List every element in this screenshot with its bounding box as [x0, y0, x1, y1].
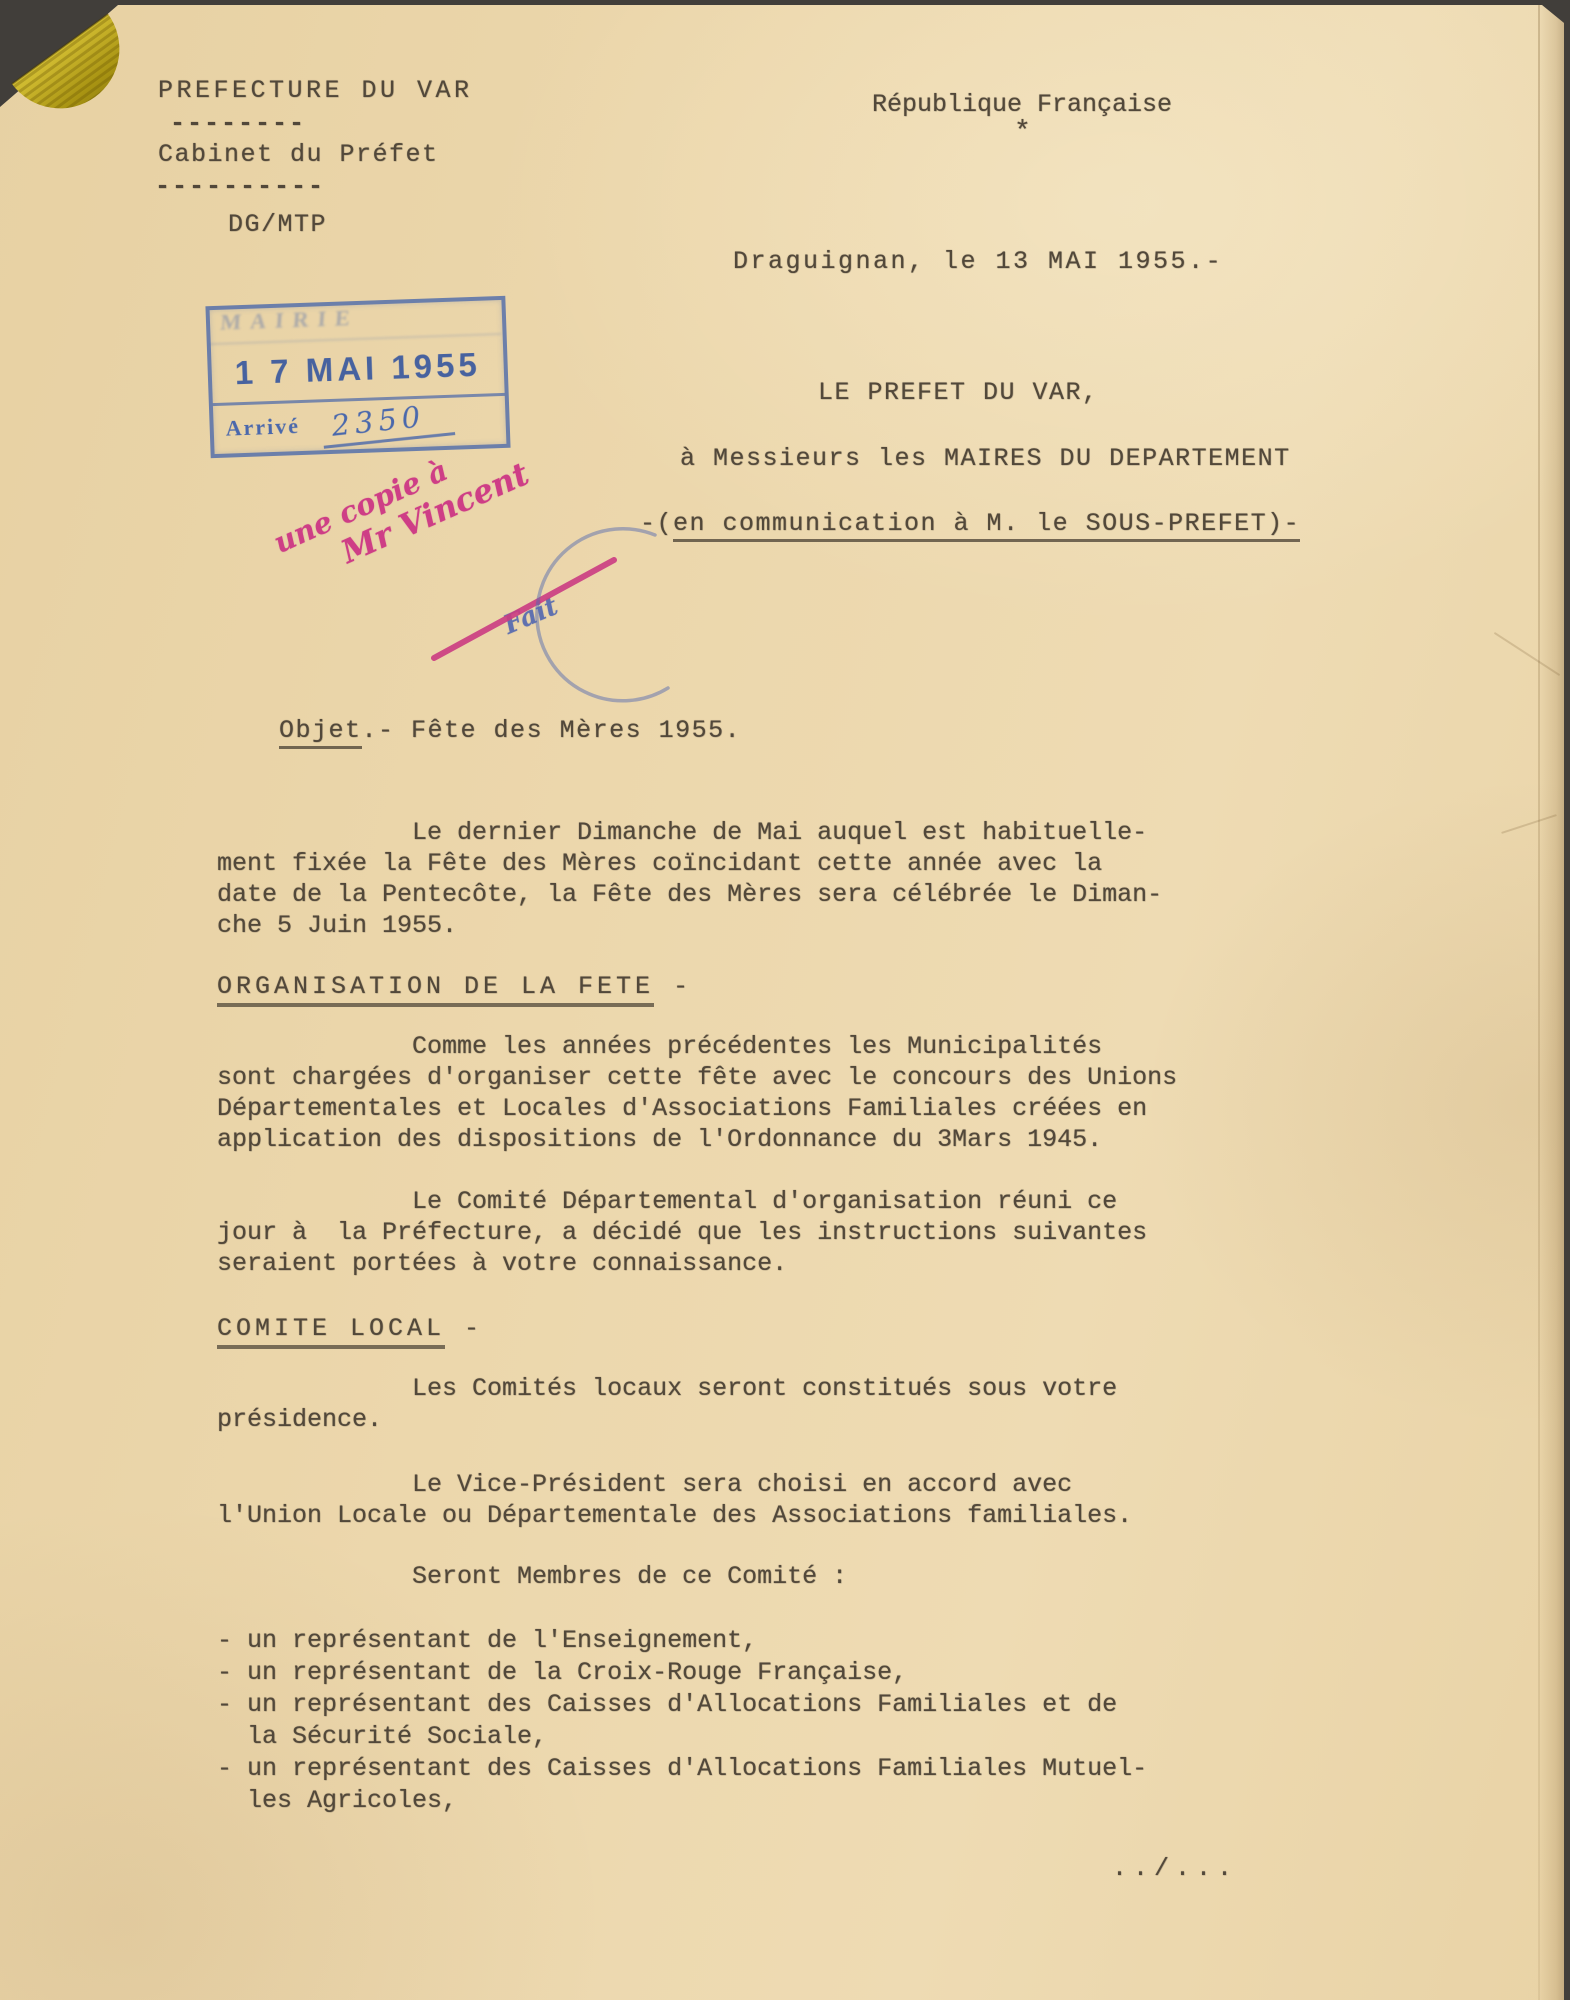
- cc-underlined-text: en communication à M. le SOUS-PREFET)-: [673, 509, 1300, 542]
- arrival-stamp-label: Arrivé: [225, 413, 300, 442]
- paper-right-edge: [1538, 5, 1564, 2000]
- document-page: PREFECTURE DU VAR -------- Cabinet du Pr…: [0, 5, 1564, 2000]
- recipients-line: à Messieurs les MAIRES DU DEPARTEMENT: [680, 443, 1291, 474]
- star-separator: *: [1014, 117, 1031, 148]
- subject-label-suffix: .-: [362, 716, 395, 745]
- dateline: Draguignan, le 13 MAI 1955.-: [733, 246, 1223, 277]
- body-paragraph-1: Le dernier Dimanche de Mai auquel est ha…: [217, 817, 1162, 941]
- section-heading-comite-local: COMITE LOCAL -: [217, 1313, 483, 1344]
- body-paragraph-2: Comme les années précédentes les Municip…: [217, 1031, 1177, 1155]
- cc-line: -(en communication à M. le SOUS-PREFET)-: [640, 508, 1300, 539]
- paper-edge-crease: [1538, 5, 1540, 2000]
- section-title: COMITE LOCAL: [217, 1314, 445, 1349]
- letterhead-office: PREFECTURE DU VAR: [158, 75, 473, 106]
- body-paragraph-3: Le Comité Départemental d'organisation r…: [217, 1186, 1147, 1279]
- body-paragraph-5: Le Vice-Président sera choisi en accord …: [217, 1469, 1132, 1531]
- arrival-stamp-date: 1 7 MAI 1955: [211, 335, 505, 403]
- letterhead-rule: ----------: [155, 171, 325, 202]
- section-title-suffix: -: [654, 972, 692, 1001]
- section-heading-organisation: ORGANISATION DE LA FETE -: [217, 971, 692, 1002]
- members-list: - un représentant de l'Enseignement, - u…: [217, 1625, 1147, 1817]
- arrival-stamp: MAIRIE 1 7 MAI 1955 Arrivé 2350: [205, 296, 510, 458]
- letterhead-reference: DG/MTP: [228, 209, 327, 240]
- blue-handwritten-note: Fait: [499, 591, 562, 640]
- letterhead-rule: --------: [170, 108, 306, 139]
- arrival-stamp-number: 2350: [320, 396, 455, 449]
- scanned-letter-page: { "letterhead": { "office": "PREFECTURE …: [0, 0, 1570, 2000]
- subject-title: Fête des Mères 1955.: [411, 716, 741, 745]
- letterhead-department: Cabinet du Préfet: [158, 139, 439, 170]
- section-title: ORGANISATION DE LA FETE: [217, 972, 654, 1007]
- continuation-mark: ../...: [1112, 1853, 1238, 1884]
- body-paragraph-4: Les Comités locaux seront constitués sou…: [217, 1373, 1117, 1435]
- subject-line: Objet.- Fête des Mères 1955.: [279, 715, 741, 746]
- subject-label: Objet: [279, 716, 362, 749]
- republic-title: République Française: [872, 89, 1172, 120]
- members-intro-line: Seront Membres de ce Comité :: [217, 1561, 847, 1592]
- section-title-suffix: -: [445, 1314, 483, 1343]
- sender-line: LE PREFET DU VAR,: [818, 377, 1099, 408]
- cc-prefix: -(: [640, 509, 673, 538]
